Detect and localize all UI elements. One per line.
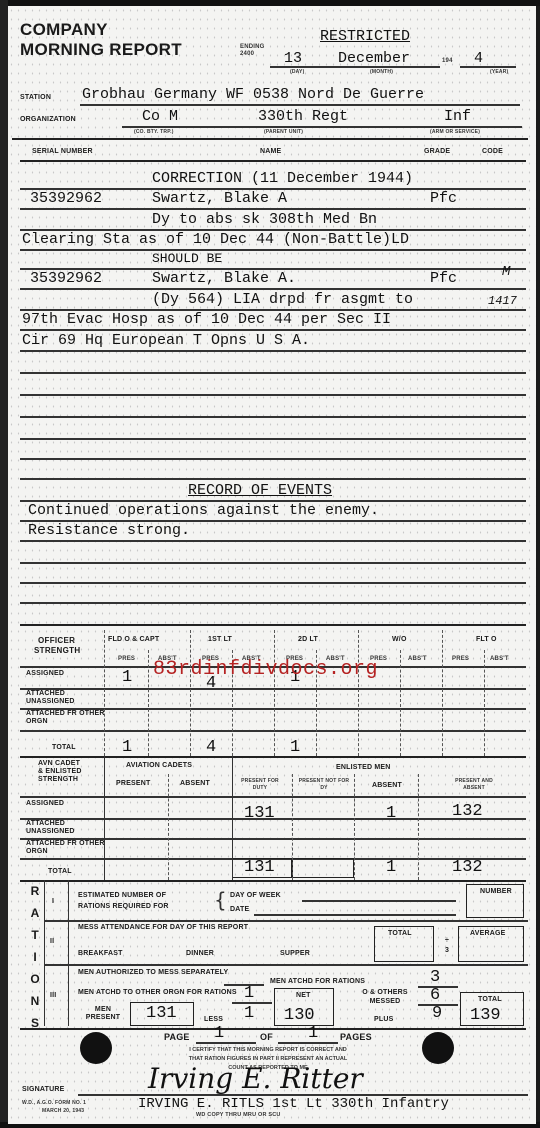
- punch-hole-right: [422, 1032, 454, 1064]
- group-fld-o-capt: FLD O & CAPT: [108, 636, 159, 643]
- row-label-attached-unassigned: ATTACHED UNASSIGNED: [26, 690, 106, 706]
- handwritten-signature: Irving E. Ritter: [148, 1062, 363, 1095]
- subcol-absent: ABSENT: [372, 782, 402, 789]
- record-of-events-line2: Resistance strong.: [28, 522, 190, 539]
- row-label-total: TOTAL: [52, 744, 76, 751]
- year-prefix: 194: [442, 58, 453, 64]
- group-aviation-cadets: AVIATION CADETS: [126, 762, 192, 769]
- group-flt-o: FLT O: [476, 636, 497, 643]
- group-wo: W/O: [392, 636, 407, 643]
- date-label: DATE: [230, 906, 249, 913]
- part1-label2: RATIONS REQUIRED FOR: [78, 903, 169, 910]
- net-label: NET: [296, 992, 311, 999]
- service-caption: (ARM OR SERVICE): [430, 129, 480, 135]
- entry-line: SHOULD BE: [152, 250, 222, 267]
- punch-hole-left: [80, 1032, 112, 1064]
- report-year-digit: 4: [474, 50, 483, 67]
- cell-value: 1: [122, 738, 132, 757]
- atchd-other-value: 1: [244, 984, 254, 1003]
- year-caption: (YEAR): [490, 69, 508, 75]
- cell-value: 131: [244, 858, 275, 877]
- pages-label: PAGES: [340, 1032, 372, 1042]
- ending-label: ENDING 2400: [240, 44, 266, 58]
- watermark-text: 83rdinfdivdocs.org: [153, 658, 378, 681]
- col-serial-number: SERIAL NUMBER: [32, 148, 93, 155]
- record-of-events-line1: Continued operations against the enemy.: [28, 502, 379, 519]
- group-1st-lt: 1ST LT: [208, 636, 232, 643]
- parent-unit-value: 330th Regt: [258, 108, 348, 125]
- cell-value: 4: [206, 738, 216, 757]
- entry-line: Dy to abs sk 308th Med Bn: [152, 211, 377, 228]
- divide-by-three: ÷ 3: [442, 936, 452, 956]
- of-value: 1: [308, 1024, 318, 1043]
- row-label-attached-fr-other: ATTACHED FR OTHER ORGN: [26, 840, 106, 856]
- cell-value: 1: [386, 804, 396, 823]
- month-caption: (MONTH): [370, 69, 393, 75]
- group-2d-lt: 2D LT: [298, 636, 318, 643]
- entry-grade: Pfc: [430, 270, 457, 287]
- entry-grade: Pfc: [430, 190, 457, 207]
- entry-line: CORRECTION (11 December 1944): [152, 170, 413, 187]
- subcol-present-and-absent: PRESENT AND ABSENT: [444, 778, 504, 792]
- parent-unit-caption: (PARENT UNIT): [264, 129, 303, 135]
- form-number: W.D., A.G.O. FORM NO. 1: [22, 1100, 86, 1106]
- others-messed-label: O & OTHERS MESSED: [350, 988, 420, 1006]
- total-pndy-box: [292, 858, 354, 878]
- service-value: Inf: [444, 108, 471, 125]
- entry-line: Swartz, Blake A: [152, 190, 287, 207]
- mess-separately-label: MEN AUTHORIZED TO MESS SEPARATELY: [78, 968, 258, 977]
- supper-label: SUPPER: [280, 950, 310, 957]
- part2-label: MESS ATTENDANCE FOR DAY OF THIS REPORT: [78, 924, 248, 931]
- plus-label: PLUS: [374, 1016, 393, 1023]
- part1-label1: ESTIMATED NUMBER OF: [78, 892, 166, 899]
- entry-serial: 35392962: [30, 270, 102, 287]
- dinner-label: DINNER: [186, 950, 214, 957]
- cell-value: 1: [122, 668, 132, 687]
- report-day: 13: [284, 50, 302, 67]
- net-value: 130: [284, 1006, 315, 1025]
- enlisted-title3: STRENGTH: [38, 776, 78, 783]
- subcol-abst: ABS'T: [490, 656, 509, 662]
- subcol-pres: PRES: [118, 656, 135, 662]
- routing-note: WD COPY THRU MRU OR SCU: [196, 1112, 281, 1118]
- less-label: LESS: [204, 1016, 223, 1023]
- cell-value: 1: [290, 738, 300, 757]
- atchd-other-label: MEN ATCHD TO OTHER ORGN FOR RATIONS: [78, 988, 248, 997]
- subcol-present: PRESENT: [116, 780, 150, 787]
- men-present-value: 131: [146, 1004, 177, 1023]
- average-label: AVERAGE: [470, 930, 506, 937]
- less-value: 1: [244, 1004, 254, 1023]
- entry-serial: 35392962: [30, 190, 102, 207]
- plus-value: 9: [432, 1004, 442, 1023]
- organization-label: ORGANIZATION: [20, 116, 76, 123]
- atchd-for-rations-value: 3: [430, 968, 440, 987]
- col-name: NAME: [260, 148, 281, 155]
- officer-strength-title2: STRENGTH: [34, 646, 80, 655]
- rations-total-value: 139: [470, 1006, 501, 1025]
- page-value: 1: [214, 1024, 224, 1043]
- report-month: December: [338, 50, 410, 67]
- station-value: Grobhau Germany WF 0538 Nord De Guerre: [82, 86, 424, 103]
- col-grade: GRADE: [424, 148, 450, 155]
- rations-side-label: R A T I O N S: [28, 884, 42, 1030]
- form-date: MARCH 20, 1943: [42, 1108, 84, 1114]
- entry-line: 97th Evac Hosp as of 10 Dec 44 per Sec I…: [22, 311, 391, 328]
- subcol-present-not-for-duty: PRESENT NOT FOR DY: [296, 778, 352, 792]
- company-value: Co M: [142, 108, 178, 125]
- cell-value: 132: [452, 858, 483, 877]
- breakfast-label: BREAKFAST: [78, 950, 123, 957]
- subcol-pres: PRES: [452, 656, 469, 662]
- of-label: OF: [260, 1032, 273, 1042]
- signature-label: SIGNATURE: [22, 1086, 65, 1093]
- group-enlisted-men: ENLISTED MEN: [336, 764, 391, 771]
- row-label-assigned: ASSIGNED: [26, 670, 64, 677]
- row-label-attached-fr-other: ATTACHED FR OTHER ORGN: [26, 710, 106, 726]
- entry-line: Cir 69 Hq European T Opns U S A.: [22, 332, 310, 349]
- entry-line: (Dy 564) LIA drpd fr asgmt to: [152, 291, 413, 308]
- entry-code: M: [502, 264, 510, 281]
- company-caption: (CO. BTY. TRP.): [134, 129, 174, 135]
- day-caption: (DAY): [290, 69, 304, 75]
- form-title-line2: MORNING REPORT: [20, 40, 182, 59]
- part3-numeral: III: [50, 992, 56, 999]
- day-of-week-label: DAY OF WEEK: [230, 892, 281, 899]
- enlisted-title1: AVN CADET: [38, 760, 80, 767]
- number-label: NUMBER: [480, 888, 512, 895]
- record-of-events-title: RECORD OF EVENTS: [188, 482, 332, 499]
- cell-value: 131: [244, 804, 275, 823]
- station-label: STATION: [20, 94, 51, 101]
- col-code: CODE: [482, 148, 503, 155]
- form-title-line1: COMPANY: [20, 20, 108, 39]
- atchd-for-rations-label: MEN ATCHD FOR RATIONS: [270, 978, 365, 985]
- subcol-absent: ABSENT: [180, 780, 210, 787]
- entry-line: Swartz, Blake A.: [152, 270, 296, 287]
- rations-total-label: TOTAL: [478, 996, 502, 1003]
- morning-report-form: COMPANY MORNING REPORT RESTRICTED ENDING…: [8, 6, 536, 1124]
- brace-glyph: {: [214, 888, 227, 912]
- signer-typed-name: IRVING E. RITLS 1st Lt 330th Infantry: [138, 1096, 449, 1113]
- subcol-abst: ABS'T: [408, 656, 427, 662]
- cell-value: 1: [386, 858, 396, 877]
- entry-code: 1417: [488, 293, 517, 310]
- row-label-attached-unassigned: ATTACHED UNASSIGNED: [26, 820, 106, 836]
- part1-numeral: I: [52, 898, 54, 905]
- enlisted-title2: & ENLISTED: [38, 768, 82, 775]
- part2-numeral: II: [50, 938, 54, 945]
- entry-line: Clearing Sta as of 10 Dec 44 (Non-Battle…: [22, 231, 409, 248]
- others-messed-value: 6: [430, 986, 440, 1005]
- classification-stamp: RESTRICTED: [320, 28, 410, 45]
- row-label-assigned: ASSIGNED: [26, 800, 64, 807]
- scan-border-left: [0, 0, 8, 1128]
- subcol-present-for-duty: PRESENT FOR DUTY: [234, 778, 286, 792]
- row-label-total: TOTAL: [48, 868, 72, 875]
- men-present-label: MEN PRESENT: [78, 1006, 128, 1022]
- mess-total-label: TOTAL: [388, 930, 412, 937]
- page-label: PAGE: [164, 1032, 190, 1042]
- officer-strength-title1: OFFICER: [38, 636, 75, 645]
